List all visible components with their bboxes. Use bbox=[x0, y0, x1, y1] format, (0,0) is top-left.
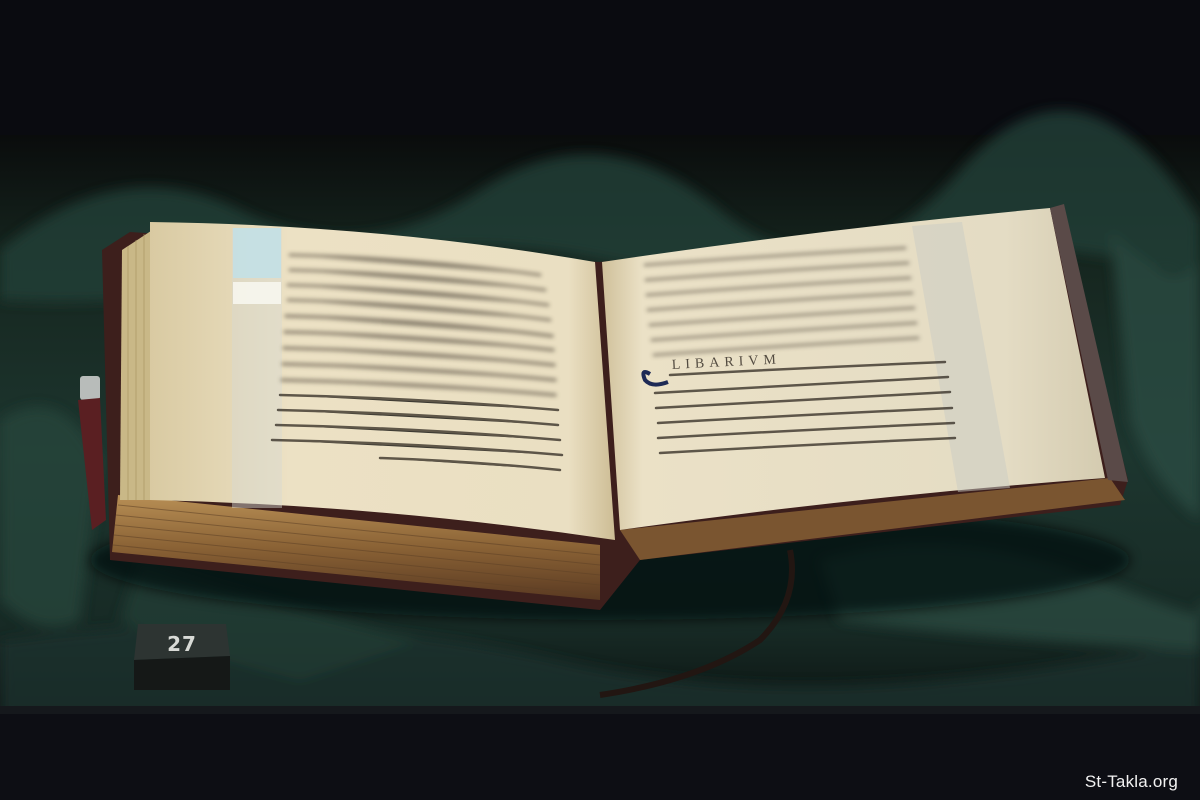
placard-number: 27 bbox=[134, 632, 230, 656]
watermark: St-Takla.org bbox=[1085, 772, 1178, 792]
exhibit-placard: 27 bbox=[134, 624, 230, 690]
photo-scene: LIBARIVM 27 St-Takla.org bbox=[0, 0, 1200, 800]
clasp-cap bbox=[80, 376, 100, 400]
left-page bbox=[150, 222, 615, 540]
